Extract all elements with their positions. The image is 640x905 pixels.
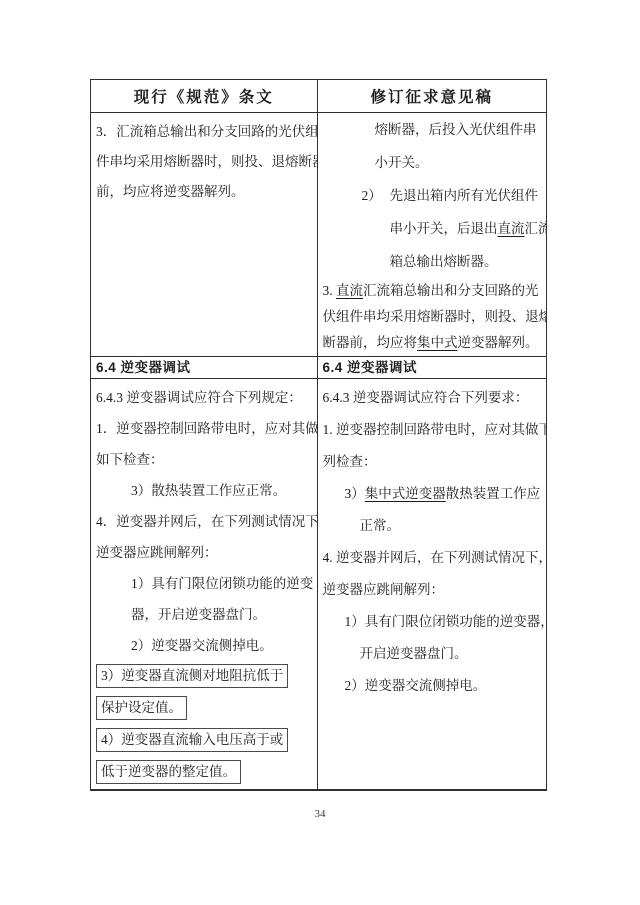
deleted-line: 4）逆变器直流输入电压高于或	[96, 728, 312, 752]
text-line: 逆变器应跳闸解列：	[96, 537, 312, 568]
text-line: 1）具有门限位闭锁功能的逆变	[96, 568, 312, 599]
deleted-text-box: 低于逆变器的整定值。	[96, 760, 241, 784]
text-line: 3）集中式逆变器散热装置工作应	[323, 478, 542, 510]
text-line: 1. 逆变器控制回路带电时，应对其做下	[323, 414, 542, 446]
table-header-row: 现行《规范》条文 修订征求意见稿	[91, 80, 546, 112]
text-line: 断器前，均应将集中式逆变器解列。	[323, 330, 542, 356]
text-line: 6.4.3 逆变器调试应符合下列要求：	[323, 382, 542, 414]
text-line: 2）逆变器交流侧掉电。	[323, 670, 542, 702]
text-line: 小开关。	[323, 146, 542, 179]
text-line: 列检查：	[323, 446, 542, 478]
cell-current-clause-643: 6.4.3 逆变器调试应符合下列规定： 1．逆变器控制回路带电时，应对其做 如下…	[91, 379, 318, 789]
text-line: 前，均应将逆变器解列。	[96, 177, 312, 207]
section-header-row: 6.4 逆变器调试 6.4 逆变器调试	[91, 356, 546, 378]
text-line: 3）散热装置工作应正常。	[96, 475, 312, 506]
deleted-text-box: 保护设定值。	[96, 696, 187, 720]
text-line: 先退出箱内所有光伏组件	[390, 179, 539, 212]
text-line: 1）具有门限位闭锁功能的逆变器，	[323, 606, 542, 638]
text-segment: 散热装置工作应	[446, 486, 541, 501]
underlined-text: 直流	[336, 283, 363, 298]
section-header-current: 6.4 逆变器调试	[91, 357, 318, 378]
text-line: 4．逆变器并网后，在下列测试情况下，	[96, 506, 312, 537]
deleted-text-box: 4）逆变器直流输入电压高于或	[96, 728, 288, 752]
underlined-text: 集中式	[417, 335, 458, 350]
page-number: 34	[0, 808, 640, 820]
text-line: 1．逆变器控制回路带电时，应对其做	[96, 413, 312, 444]
list-item-2: 2） 先退出箱内所有光伏组件	[323, 179, 542, 212]
document-page: 现行《规范》条文 修订征求意见稿 3．汇流箱总输出和分支回路的光伏组 件串均采用…	[0, 0, 640, 905]
list-number: 2）	[362, 179, 390, 212]
header-cell-revised-draft: 修订征求意见稿	[318, 80, 547, 112]
text-segment: 汇流	[525, 221, 547, 236]
text-line: 2）逆变器交流侧掉电。	[96, 630, 312, 661]
text-segment: 3）	[345, 486, 365, 501]
text-line: 器，开启逆变器盘门。	[96, 599, 312, 630]
text-line: 逆变器应跳闸解列：	[323, 574, 542, 606]
text-line: 正常。	[323, 510, 542, 542]
header-cell-current-code: 现行《规范》条文	[91, 80, 318, 112]
text-line: 件串均采用熔断器时，则投、退熔断器	[96, 147, 312, 177]
text-segment: 汇流箱总输出和分支回路的光	[363, 283, 539, 298]
text-line: 4. 逆变器并网后，在下列测试情况下，	[323, 542, 542, 574]
deleted-line: 保护设定值。	[96, 696, 312, 720]
text-segment: 3.	[323, 283, 337, 298]
deleted-line: 3）逆变器直流侧对地阻抗低于	[96, 664, 312, 688]
cell-revised-clause-643: 6.4.3 逆变器调试应符合下列要求： 1. 逆变器控制回路带电时，应对其做下 …	[318, 379, 547, 789]
underlined-text: 集中式逆变器	[365, 486, 446, 501]
text-line: 串小开关，后退出直流汇流	[323, 212, 542, 245]
table-row-provision-3: 3．汇流箱总输出和分支回路的光伏组 件串均采用熔断器时，则投、退熔断器 前，均应…	[91, 112, 546, 356]
comparison-table: 现行《规范》条文 修订征求意见稿 3．汇流箱总输出和分支回路的光伏组 件串均采用…	[90, 79, 547, 791]
table-row-clause-643: 6.4.3 逆变器调试应符合下列规定： 1．逆变器控制回路带电时，应对其做 如下…	[91, 378, 546, 789]
text-line: 开启逆变器盘门。	[323, 638, 542, 670]
text-line: 伏组件串均采用熔断器时，则投、退熔	[323, 304, 542, 330]
text-line: 3．汇流箱总输出和分支回路的光伏组	[96, 117, 312, 147]
text-segment: 断器前，均应将	[323, 335, 418, 350]
cell-revised-provision-3: 熔断器，后投入光伏组件串 小开关。 2） 先退出箱内所有光伏组件 串小开关，后退…	[318, 113, 547, 356]
text-segment: 串小开关，后退出	[390, 221, 498, 236]
text-line: 3. 直流汇流箱总输出和分支回路的光	[323, 278, 542, 304]
text-line: 6.4.3 逆变器调试应符合下列规定：	[96, 382, 312, 413]
deleted-line: 低于逆变器的整定值。	[96, 760, 312, 784]
cell-current-provision-3: 3．汇流箱总输出和分支回路的光伏组 件串均采用熔断器时，则投、退熔断器 前，均应…	[91, 113, 318, 356]
text-line: 熔断器，后投入光伏组件串	[323, 113, 542, 146]
text-line: 箱总输出熔断器。	[323, 245, 542, 278]
section-header-revised: 6.4 逆变器调试	[318, 357, 547, 378]
underlined-text: 直流	[498, 221, 525, 236]
text-line: 如下检查：	[96, 444, 312, 475]
deleted-text-box: 3）逆变器直流侧对地阻抗低于	[96, 664, 288, 688]
text-segment: 逆变器解列。	[458, 335, 539, 350]
